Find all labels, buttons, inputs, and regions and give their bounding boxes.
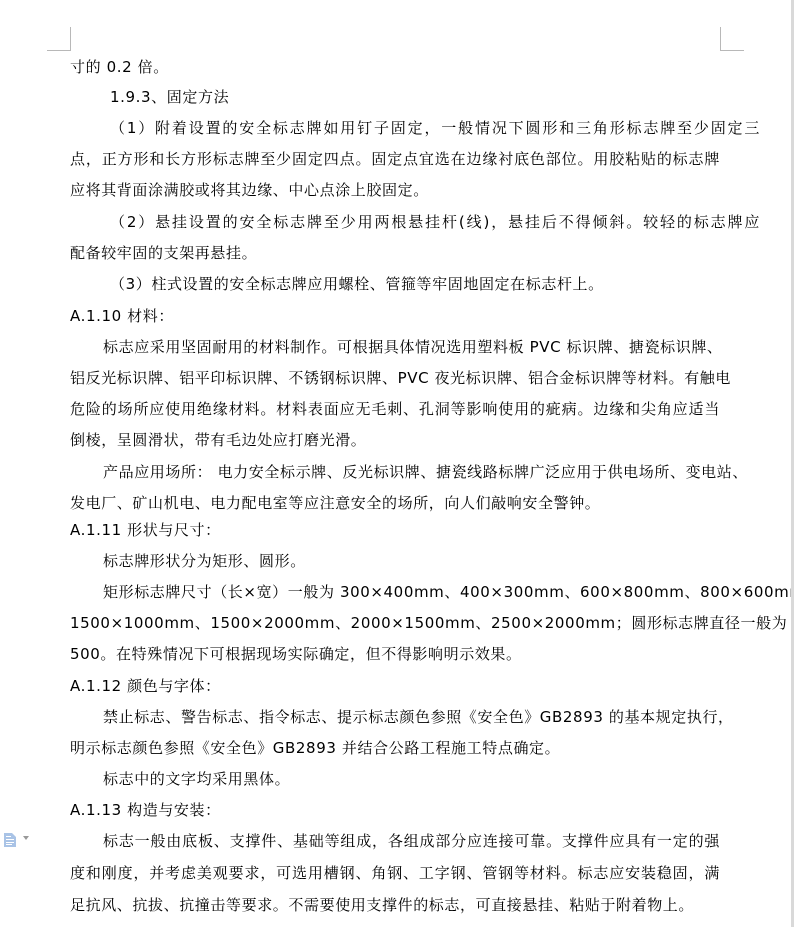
chevron-down-icon[interactable] xyxy=(23,836,29,840)
text-line: 矩形标志牌尺寸（长×宽）一般为 300×400mm、400×300mm、600×… xyxy=(103,582,720,602)
text-line: 发电厂、矿山机电、电力配电室等应注意安全的场所，向人们敲响安全警钟。 xyxy=(70,493,730,513)
text-line: A.1.10 材料： xyxy=(70,306,730,326)
text-line: 禁止标志、警告标志、指令标志、提示标志颜色参照《安全色》GB2893 的基本规定… xyxy=(103,707,720,727)
text-line: 寸的 0.2 倍。 xyxy=(70,57,730,77)
text-line: 标志中的文字均采用黑体。 xyxy=(103,769,763,789)
text-line: 配备较牢固的支架再悬挂。 xyxy=(70,243,730,263)
text-line: 1.9.3、固定方法 xyxy=(110,87,770,107)
text-line: A.1.11 形状与尺寸： xyxy=(70,520,730,540)
text-line: 标志应采用坚固耐用的材料制作。可根据具体情况选用塑料板 PVC 标识牌、搪瓷标识… xyxy=(103,337,720,357)
text-line: 应将其背面涂满胶或将其边缘、中心点涂上胶固定。 xyxy=(70,180,730,200)
text-line: 度和刚度，并考虑美观要求，可选用槽钢、角钢、工字钢、管钢等材料。标志应安装稳固，… xyxy=(70,863,720,883)
text-line: 1500×1000mm、1500×2000mm、2000×1500mm、2500… xyxy=(70,613,720,633)
top-left-margin-mark xyxy=(47,27,71,51)
text-line: A.1.12 颜色与字体： xyxy=(70,676,730,696)
text-line: （3）柱式设置的安全标志牌应用螺栓、管箍等牢固地固定在标志杆上。 xyxy=(110,274,770,294)
text-line: 明示标志颜色参照《安全色》GB2893 并结合公路工程施工特点确定。 xyxy=(70,738,730,758)
text-line: 倒棱，呈圆滑状，带有毛边处应打磨光滑。 xyxy=(70,430,730,450)
text-line: 标志牌形状分为矩形、圆形。 xyxy=(103,551,763,571)
paragraph-layout-icon[interactable] xyxy=(4,832,16,846)
text-line: 危险的场所应使用绝缘材料。材料表面应无毛刺、孔洞等影响使用的疵病。边缘和尖角应适… xyxy=(70,399,720,419)
text-line: 足抗风、抗拔、抗撞击等要求。不需要使用支撑件的标志，可直接悬挂、粘贴于附着物上。 xyxy=(70,895,730,915)
top-right-margin-mark xyxy=(720,27,744,51)
text-line: 点，正方形和长方形标志牌至少固定四点。固定点宜选在边缘衬底色部位。用胶粘贴的标志… xyxy=(70,149,720,169)
document-icon xyxy=(4,833,16,847)
text-line: （2）悬挂设置的安全标志牌至少用两根悬挂杆(线)，悬挂后不得倾斜。较轻的标志牌应 xyxy=(110,212,760,232)
text-line: 产品应用场所： 电力安全标示牌、反光标识牌、搪瓷线路标牌广泛应用于供电场所、变电… xyxy=(103,462,720,482)
text-line: （1）附着设置的安全标志牌如用钉子固定，一般情况下圆形和三角形标志牌至少固定三 xyxy=(110,118,760,138)
text-line: 铝反光标识牌、铝平印标识牌、不锈钢标识牌、PVC 夜光标识牌、铝合金标识牌等材料… xyxy=(70,368,720,388)
document-page: 寸的 0.2 倍。1.9.3、固定方法（1）附着设置的安全标志牌如用钉子固定，一… xyxy=(0,0,792,927)
text-line: 500。在特殊情况下可根据现场实际确定，但不得影响明示效果。 xyxy=(70,644,730,664)
text-line: 标志一般由底板、支撑件、基础等组成，各组成部分应连接可靠。支撑件应具有一定的强 xyxy=(103,831,720,851)
text-line: A.1.13 构造与安装： xyxy=(70,800,730,820)
